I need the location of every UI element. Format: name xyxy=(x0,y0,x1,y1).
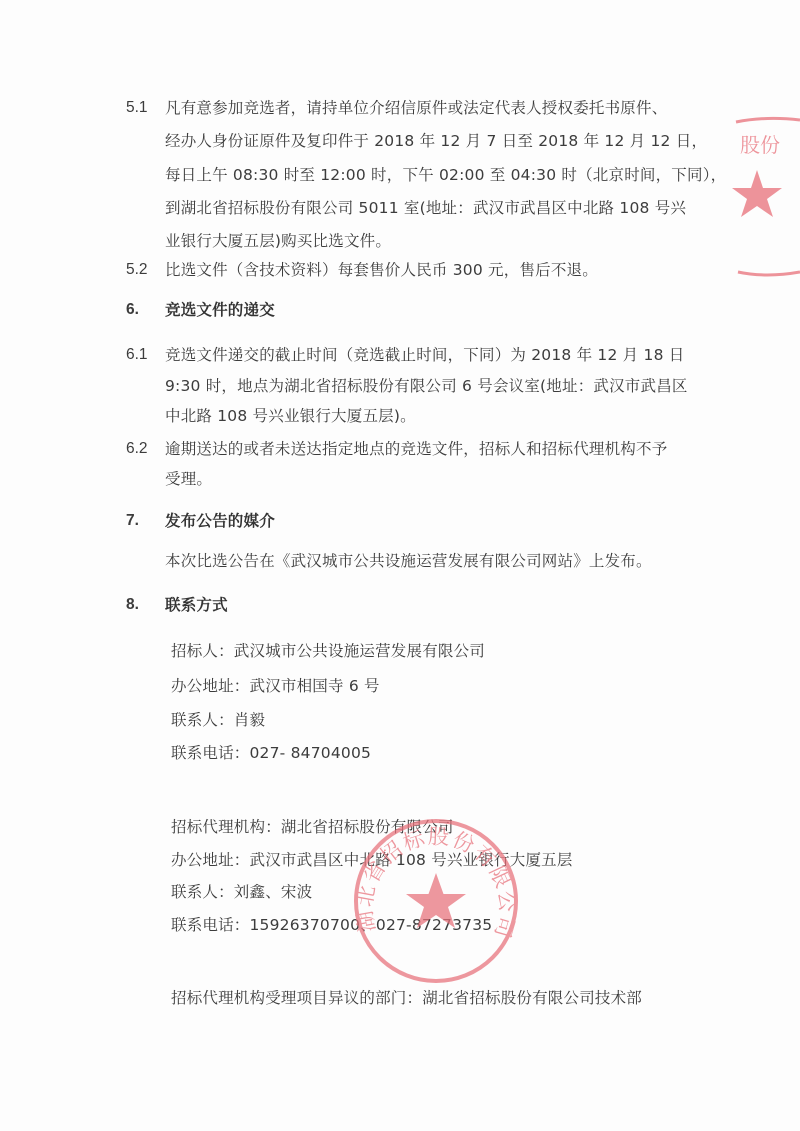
section-6-1-line-2: 9:30 时，地点为湖北省招标股份有限公司 6 号会议室(地址：武汉市武昌区 xyxy=(165,376,688,396)
edge-seal-text: 股份 xyxy=(740,133,780,157)
section-7-body: 本次比选公告在《武汉城市公共设施运营发展有限公司网站》上发布。 xyxy=(165,551,652,571)
section-5-1-line-1: 凡有意参加竞选者，请持单位介绍信原件或法定代表人授权委托书原件、 xyxy=(165,98,667,118)
agency-contact: 联系人：刘鑫、宋波 xyxy=(171,882,312,902)
section-number-6: 6. xyxy=(126,300,139,320)
agency-address: 办公地址：武汉市武昌区中北路 108 号兴业银行大厦五层 xyxy=(171,850,573,870)
tenderer-address: 办公地址：武汉市相国寺 6 号 xyxy=(171,676,380,696)
section-6-1-line-1: 竞选文件递交的截止时间（竞选截止时间，下同）为 2018 年 12 月 18 日 xyxy=(165,345,684,365)
company-seal-icon: 湖北省招标股份有限公司 xyxy=(350,815,522,987)
section-5-2-line-1: 比选文件（含技术资料）每套售价人民币 300 元，售后不退。 xyxy=(165,260,598,280)
agency-name: 招标代理机构：湖北省招标股份有限公司 xyxy=(171,817,454,837)
section-number-5-2: 5.2 xyxy=(126,260,148,280)
section-number-5-1: 5.1 xyxy=(126,98,148,118)
edge-seal-icon: 股份 xyxy=(726,112,800,282)
objection-department: 招标代理机构受理项目异议的部门：湖北省招标股份有限公司技术部 xyxy=(171,988,642,1008)
section-number-7: 7. xyxy=(126,511,139,531)
section-number-6-2: 6.2 xyxy=(126,439,148,459)
section-6-2-line-2: 受理。 xyxy=(165,469,212,489)
tenderer-contact: 联系人：肖毅 xyxy=(171,710,265,730)
section-5-1-line-4: 到湖北省招标股份有限公司 5011 室(地址：武汉市武昌区中北路 108 号兴 xyxy=(165,198,686,218)
section-7-title: 发布公告的媒介 xyxy=(165,511,275,531)
section-8-title: 联系方式 xyxy=(165,595,228,615)
document-page: 5.1 凡有意参加竞选者，请持单位介绍信原件或法定代表人授权委托书原件、 经办人… xyxy=(0,0,800,1131)
section-5-1-line-3: 每日上午 08:30 时至 12:00 时，下午 02:00 至 04:30 时… xyxy=(165,165,726,185)
section-number-6-1: 6.1 xyxy=(126,345,148,365)
section-6-title: 竞选文件的递交 xyxy=(165,300,275,320)
agency-phone: 联系电话：15926370700、027-87273735 xyxy=(171,915,492,935)
section-6-2-line-1: 逾期送达的或者未送达指定地点的竞选文件，招标人和招标代理机构不予 xyxy=(165,439,667,459)
section-5-1-line-5: 业银行大厦五层)购买比选文件。 xyxy=(165,231,391,251)
section-6-1-line-3: 中北路 108 号兴业银行大厦五层)。 xyxy=(165,406,416,426)
section-number-8: 8. xyxy=(126,595,139,615)
tenderer-name: 招标人：武汉城市公共设施运营发展有限公司 xyxy=(171,641,485,661)
section-5-1-line-2: 经办人身份证原件及复印件于 2018 年 12 月 7 日至 2018 年 12… xyxy=(165,131,707,151)
tenderer-phone: 联系电话：027- 84704005 xyxy=(171,743,371,763)
